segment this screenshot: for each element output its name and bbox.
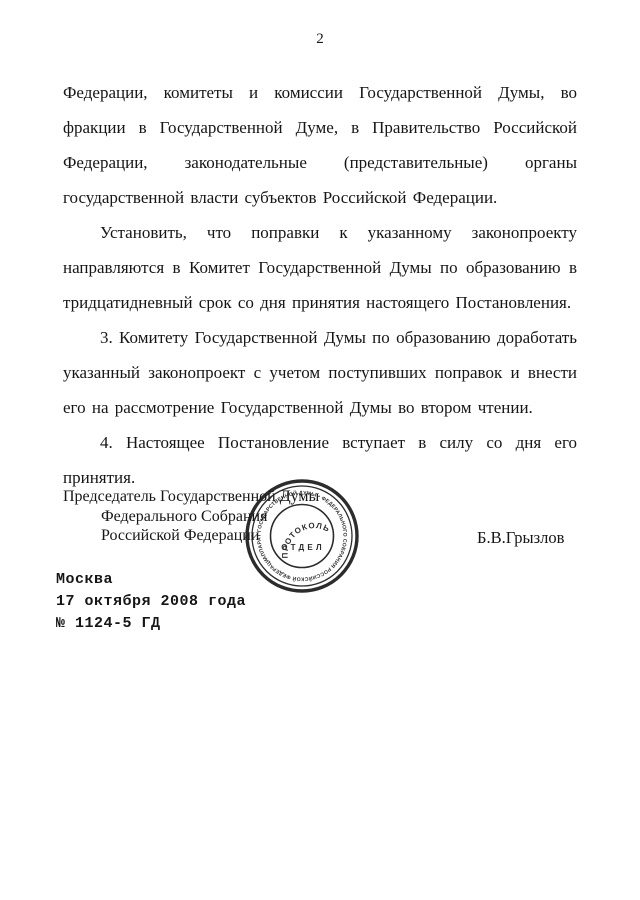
stamp-title-text: ПРОТОКОЛЬНЫЙ bbox=[271, 510, 335, 563]
footer-doc-number: № 1124-5 ГД bbox=[56, 613, 246, 635]
stamp-ring-text: АППАРАТ ГОСУДАРСТВЕННОЙ ДУМЫ • ФЕДЕРАЛЬН… bbox=[240, 474, 364, 598]
stamp-subtitle-text: ОТДЕЛ bbox=[281, 543, 325, 552]
paragraph-3: 3. Комитету Государственной Думы по обра… bbox=[63, 320, 577, 425]
paragraph-1: Федерации, комитеты и комиссии Государст… bbox=[63, 75, 577, 215]
stamp-icon: АППАРАТ ГОСУДАРСТВЕННОЙ ДУМЫ • ФЕДЕРАЛЬН… bbox=[240, 474, 364, 598]
document-page: 2 Федерации, комитеты и комиссии Государ… bbox=[0, 0, 640, 900]
stamp-outer-ring bbox=[247, 481, 357, 591]
svg-text:ПРОТОКОЛЬНЫЙ: ПРОТОКОЛЬНЫЙ bbox=[271, 510, 335, 563]
footer-block: Москва 17 октября 2008 года № 1124-5 ГД bbox=[56, 569, 246, 635]
svg-text:АППАРАТ ГОСУДАРСТВЕННОЙ ДУМЫ: АППАРАТ ГОСУДАРСТВЕННОЙ ДУМЫ • ФЕДЕРАЛЬН… bbox=[240, 474, 364, 598]
footer-date: 17 октября 2008 года bbox=[56, 591, 246, 613]
footer-city: Москва bbox=[56, 569, 246, 591]
page-number: 2 bbox=[0, 31, 640, 48]
paragraph-2: Установить, что поправки к указанному за… bbox=[63, 215, 577, 320]
signatory-name: Б.В.Грызлов bbox=[477, 528, 564, 548]
protocol-department-stamp: АППАРАТ ГОСУДАРСТВЕННОЙ ДУМЫ • ФЕДЕРАЛЬН… bbox=[240, 474, 364, 598]
stamp-middle-ring bbox=[252, 486, 352, 586]
document-body: Федерации, комитеты и комиссии Государст… bbox=[63, 75, 577, 495]
stamp-inner-circle bbox=[271, 505, 334, 568]
